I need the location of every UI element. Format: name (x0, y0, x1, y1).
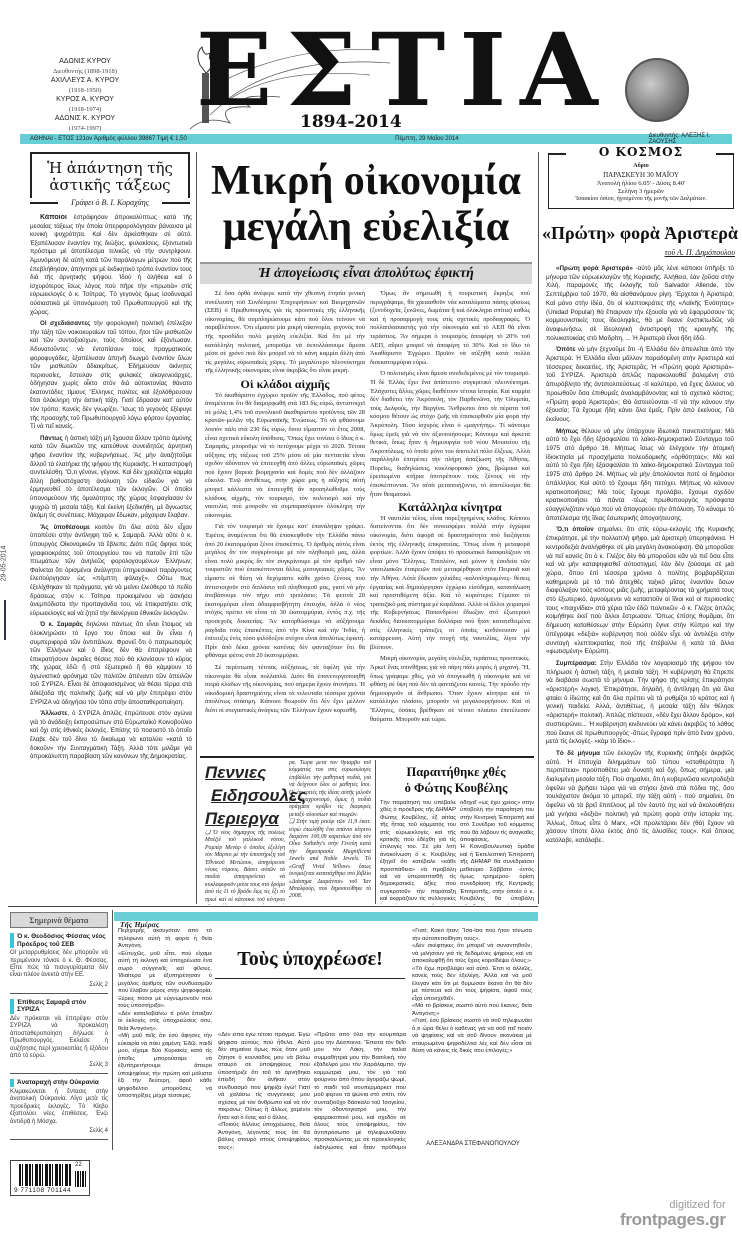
kosmos-subtitle: Αὔριο (549, 163, 733, 169)
paragraph: ἐστράφησαν ἀπροκαλύπτως κατὰ τῆς μεσαίας… (30, 214, 192, 316)
paragraph-lead: Ὁ κ. Σαμαρᾶς (40, 621, 83, 628)
founder-years: (1974-1997) (40, 124, 130, 134)
main-deck-text: Ἡ ἀπογείωσις εἶναι ἀπολύτως ἐφικτή (200, 264, 532, 284)
paragraph: Σὲ περίπτωση τέτοιας αὐξήσεως, τὰ ὀφέλη … (205, 664, 365, 716)
tis-imeras-col2: «Δὲν εἶπα ἐγὼ τέτοιο πράγμα. Ἐγὼ ψήφισα … (218, 1032, 310, 1152)
sidebar-item[interactable]: Ἀναταραχὴ στὴν Οὐκρανία Κλιμακώνεται ἡ ἔ… (10, 1079, 108, 1140)
paragraph: -αὐτὸ μᾶς λένε κάποιοι ὑπῆρξε τὸ μήνυμα … (546, 265, 734, 342)
right-article-title: «Πρώτη» φορὰ Ἀριστερὰ (540, 222, 740, 244)
tis-imeras-author: ΑΛΕΞΑΝΔΡΑ ΣΤΕΦΑΝΟΠΟΥΛΟΥ (412, 1140, 534, 1147)
founder-name: ΑΧΙΛΛΕΥΣ Α. ΚΥΡΟΥ (40, 76, 130, 86)
tis-imeras-col4: «Γιατί; Κακὸ ἦταν; Ἴσα-ἴσα ποὺ ἦταν τόνω… (412, 928, 532, 1128)
paragraph: Ἡ ναυτιλία τέλος, εἶναι παρεξηγημένος κλ… (370, 515, 530, 653)
subhead-klados: Οἱ κλάδοι αἰχμῆς (205, 380, 365, 389)
paragraph: Ὅμως ἂν σημειωθῆ ἡ τουριστικὴ ἔκρηξις πο… (370, 290, 530, 367)
sidebar-item-body: Δὲν πρόκειται νὰ ἐπιτρέψει στὸν ΣΥΡΙΖΑ ν… (10, 1016, 108, 1060)
dropcap-lead: Κάποιοι (40, 214, 67, 221)
masthead-years: 1894-2014 (300, 112, 402, 132)
todays-topics-sidebar: Σημερινὰ θέματα Ὁ κ. Θεοδόσιος Φέσσας νέ… (10, 912, 108, 1145)
koubelis-title-line2: ὁ Φώτης Κουβέλης (378, 781, 534, 796)
tis-imeras-title: Τοὺς ὑποχρέωσε! (215, 948, 405, 971)
gossip-label-line2: Ειδησουλες (211, 785, 285, 808)
main-col2: Ὅμως ἂν σημειωθῆ ἡ τουριστικὴ ἔκρηξις πο… (370, 290, 530, 755)
tis-imeras-bar: Τῆς Ἡμέρας (114, 912, 538, 921)
sidebar-item-body: Οἱ μεταρρυθμίσεις δὲν μποροῦν νὰ περιμέν… (10, 950, 108, 980)
paragraph-lead: Ἄλλωστε (40, 710, 67, 717)
tis-imeras-col3: «Πρῶτα ἀπὸ ὅλα τὴν κουμπάρα μου τὴν Δέσπ… (314, 1032, 406, 1152)
left-article-title: Ἡ ἀπάντηση τῆς ἀστικῆς τάξεως (32, 154, 188, 194)
sidebar-item[interactable]: Ἐπίθεσις Σαμαρᾶ στὸν ΣΥΡΙΖΑ Δὲν πρόκειτα… (10, 999, 108, 1075)
sidebar-item-title: Ἐπίθεσις Σαμαρᾶ στὸν ΣΥΡΙΖΑ (10, 999, 108, 1014)
newspaper-title: ΕΣΤΙΑ (196, 20, 612, 120)
barcode-issue: 22 (75, 1162, 82, 1168)
sidebar-item-page: Σελὶς 2 (10, 982, 108, 994)
paragraph-lead: Πάντως (40, 435, 63, 442)
paragraph: τῶν ἐκλογῶν τῆς Κυριακῆς ὑπῆρξε ἀκριβῶς … (546, 750, 734, 844)
coin-seal-icon (625, 58, 689, 122)
founder-years: (1918-1974) (40, 105, 130, 115)
founder-name: ΚΥΡΟΣ Α. ΚΥΡΟΥ (40, 95, 130, 105)
koubelis-title-line1: Παραιτήθηκε χθές (378, 765, 534, 780)
kosmos-title: Ο ΚΟΣΜΟΣ (549, 145, 733, 159)
paragraph-lead: Ἂς ὑποθέσουμε (40, 524, 90, 531)
founder-years: (1918-1950) (40, 86, 130, 96)
main-col1: Σὲ ὅσα ὀρθὰ ἀνέφερε κατὰ τὴν χθεσινὴ ἐτη… (205, 290, 365, 755)
sidebar-item-title: Ὁ κ. Θεοδόσιος Φέσσας νέος Πρόεδρος τοῦ … (10, 933, 108, 948)
paragraph: κοιπὸν ὅτι ὅλα αὐτὰ δὲν εἶχαν ὑποπέσει σ… (30, 524, 192, 617)
paragraph-lead: «Πρώτη φορὰ Ἀριστερά» (556, 265, 633, 272)
paragraph: Σὲ ὅσα ὀρθὰ ἀνέφερε κατὰ τὴν χθεσινὴ ἐτη… (205, 290, 365, 376)
sidebar-item[interactable]: Ὁ κ. Θεοδόσιος Φέσσας νέος Πρόεδρος τοῦ … (10, 933, 108, 994)
koubelis-col1: Τὴν παραίτησή του ὑπέβαλε χθὲς ὁ πρόεδρο… (380, 800, 456, 905)
gossip-label-line3: Περιεργα (205, 808, 285, 831)
founders-list: ΑΔΩΝΙΣ ΚΥΡΟΥ Διευθυντής (1898-1918) ΑΧΙΛ… (40, 57, 130, 133)
right-article-body: «Πρώτη φορὰ Ἀριστερά» -αὐτὸ μᾶς λένε κάπ… (546, 265, 734, 1147)
paragraph: θέλουν νὰ μὴν ὑπάρχουν ἰδιωτικὰ πανεπιστ… (546, 428, 734, 522)
paragraph: Στὴν Ἑλλάδα τὸν λογαριασμὸ τῆς ψήφου τὸν… (546, 660, 734, 745)
paragraph: Ὁ πολιτισμὸς εἶναι ἄμεσα συνδεδεμένος μὲ… (370, 370, 530, 499)
sidebar-item-title: Ἀναταραχὴ στὴν Οὐκρανία (10, 1079, 108, 1087)
paragraph: νὰ μὴν ξεχνοῦμε ὅτι -ἡ Ἑλλάδα δὲν ἀπειλε… (546, 346, 734, 423)
paragraph: σημαίνει, ὅτι στὶς εὐρω-εκλογὲς τῆς Κυρι… (546, 526, 734, 655)
main-headline-line1: Μικρή οἰκονομία (198, 158, 534, 204)
paragraph-lead: Οἱ σχεδιάσαντες (40, 320, 90, 327)
barcode-bars-icon (19, 1164, 71, 1186)
left-article-header: Ἡ ἀπάντηση τῆς ἀστικῆς τάξεως (30, 152, 190, 204)
paragraph: δηλώνει πάντως ὅτι εἶναι ἕτοιμος νὰ ὁλοκ… (30, 621, 192, 705)
sidebar-title: Σημερινὰ θέματα (10, 912, 108, 928)
sidebar-item-body: Κλιμακώνεται ἡ ἔντασις στὴν ἀνατολικὴ Οὐ… (10, 1089, 108, 1126)
masthead: ΑΔΩΝΙΣ ΚΥΡΟΥ Διευθυντής (1898-1918) ΑΧΙΛ… (0, 0, 742, 125)
watermark-line2: frontpages.gr (620, 1211, 726, 1229)
tis-imeras-col1: Περιχαρής ἀκουγόταν ἀπὸ τὸ τηλέφωνο αὐτὴ… (118, 928, 212, 1148)
kosmos-sun: Ἀνατολὴ ἡλίου 6.05' - Δύσις 8.40' (549, 180, 733, 187)
paragraph-lead: Συμπέρασμα: (556, 660, 597, 667)
main-deck: Ἡ ἀπογείωσις εἶναι ἀπολύτως ἐφικτή (200, 262, 532, 284)
founder-name: ΑΔΩΝΙΣ Κ. ΚΥΡΟΥ (40, 114, 130, 124)
paragraph: Τὸ ἀκαθάριστο ἐγχώριο προϊὸν τῆς Ἑλλάδος… (205, 392, 365, 521)
gossip-col1: ❑ Ὁ νέος δήμαρχος τῆς πόλεως Μπέζιέ τοῦ … (205, 830, 285, 905)
left-article-body: Κάποιοι ἐστράφησαν ἀπροκαλύπτως κατὰ τῆς… (30, 214, 192, 904)
koubelis-col2: ὁδηγεῖ «ὡς ἔχει χρέος» στὴν ὑποβολὴ τὴν … (460, 800, 534, 905)
kosmos-saint: Ἰσαακίου ὁσίου, ἡγουμένου τῆς μονῆς τῶν … (549, 196, 733, 202)
watermark: digitized for frontpages.gr (620, 1200, 726, 1229)
issue-date: Πέμπτη, 29 Μαΐου 2014 (395, 136, 578, 142)
founder-name: ΑΔΩΝΙΣ ΚΥΡΟΥ (40, 57, 130, 67)
issue-info: ΑΘΗΝΑΙ - ΕΤΟΣ 121ον Ἀριθμὸς φύλλου 39867… (30, 136, 305, 142)
kosmos-moon: Σελήνη 3 ἡμερῶν (549, 188, 733, 195)
barcode: 22 9 771108 701144 (10, 1160, 90, 1196)
gossip-col2: ρα. Τώρα μετὰ τὸν θρίαμβο τοῦ κόμματός τ… (289, 760, 371, 905)
paragraph: Γιὰ τὸν τουρισμὸ τὰ ἔχουμε κατ' ἐπανάληψ… (205, 523, 365, 661)
founder-years: Διευθυντής (1898-1918) (40, 67, 130, 77)
kosmos-day: ΠΑΡΑΣΚΕΥΗ 30 ΜΑΪΟΥ (549, 171, 733, 179)
paragraph-lead: Μήπως (556, 428, 578, 435)
gossip-label: Πεννιες Ειδησουλες Περιεργα (205, 762, 285, 831)
paragraph: , ὁ ΣΥΡΙΖΑ ἀπλῶς ἐπρώτευσε στὸν αγώνα γι… (30, 710, 192, 760)
barcode-number: 9 771108 701144 (14, 1187, 71, 1194)
paragraph-lead: Ὁπότε (556, 346, 576, 353)
subhead-kinitra: Κατάλληλα κίνητρα (370, 503, 530, 512)
paragraph-lead: Ὅ,τι ὁποῖον (556, 526, 594, 533)
gossip-label-line1: Πεννιες (205, 762, 285, 785)
paragraph: Μικρὴ οἰκονομία, μεγάλη εὐελιξία, τεράστ… (370, 655, 530, 724)
right-article-byline: τοῦ Α. Π. Δημόπουλου (560, 248, 735, 257)
spine-date: 29-05-2014 (0, 546, 7, 582)
kosmos-box: Ο ΚΟΣΜΟΣ Αὔριο ΠΑΡΑΣΚΕΥΗ 30 ΜΑΪΟΥ Ἀνατολ… (548, 153, 734, 209)
masthead-info-bar: ΑΘΗΝΑΙ - ΕΤΟΣ 121ον Ἀριθμὸς φύλλου 39867… (20, 134, 732, 144)
barcode-addon-icon (75, 1171, 87, 1187)
paragraph: ἡ ἀστικὴ τάξη μὴ ἔχουσα ἄλλον τρόπο ἀμύν… (30, 435, 192, 519)
sidebar-item-page: Σελὶς 3 (10, 1062, 108, 1074)
director-name: Διευθυντής: ΑΛΕΞΗΣ Ι. ΖΑΟΥΣΗΣ (649, 133, 732, 145)
main-headline-line2: μεγάλη εὐελιξία (198, 204, 534, 250)
paragraph-lead: Τὸ δὲ μήνυμα (556, 750, 600, 757)
paragraph: τὴν φορολογικὴ πολιτικὴ ἐπέλεξαν τὴν τάξ… (30, 320, 192, 430)
sidebar-item-page: Σελὶς 4 (10, 1128, 108, 1140)
